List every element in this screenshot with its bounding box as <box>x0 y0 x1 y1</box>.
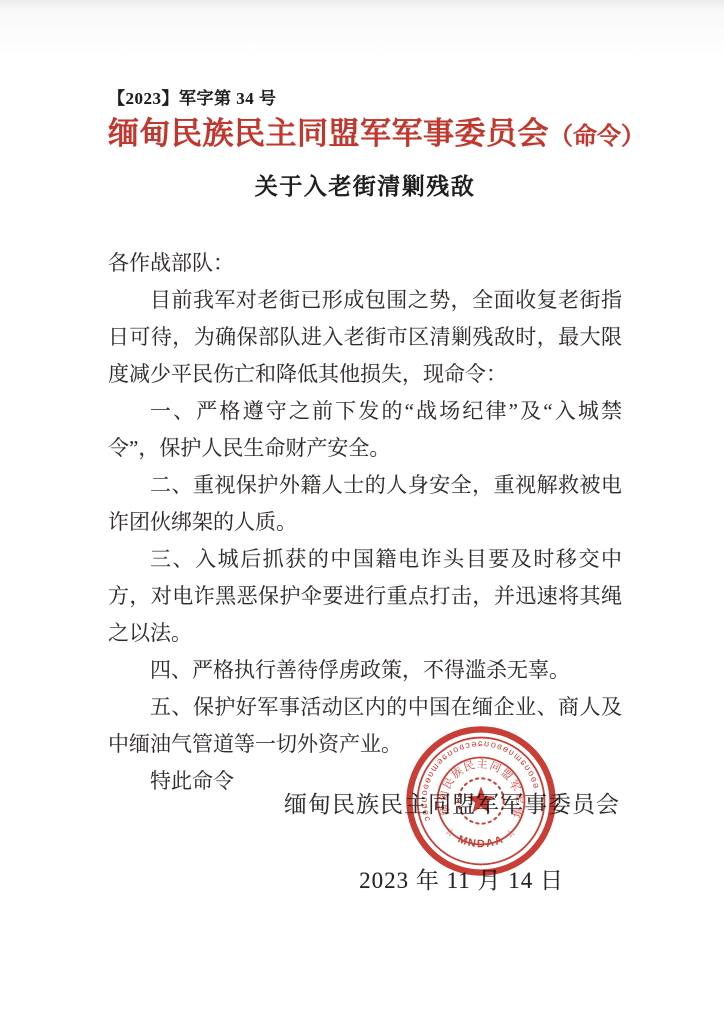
paragraph-intro: 目前我军对老街已形成包围之势，全面收复老街指日可待，为确保部队进入老街市区清剿残… <box>108 282 622 393</box>
document-title-suffix: （命令） <box>549 124 645 150</box>
document-page: 【2023】军字第 34 号 缅甸民族民主同盟军军事委员会（命令） 关于入老街清… <box>0 0 724 1024</box>
document-content: 【2023】军字第 34 号 缅甸民族民主同盟军军事委员会（命令） 关于入老街清… <box>108 84 622 800</box>
seal-mndaa-text: ☆ MNDAA ☆ <box>442 825 520 850</box>
paragraph-order-1: 一、严格遵守之前下发的“战场纪律”及“入城禁令”，保护人民生命财产安全。 <box>108 393 622 467</box>
paragraph-order-4: 四、严格执行善待俘虏政策，不得滥杀无辜。 <box>108 652 622 689</box>
document-title: 缅甸民族民主同盟军军事委员会（命令） <box>108 114 622 160</box>
document-subject: 关于入老街清剿残敌 <box>108 168 622 201</box>
star-icon <box>467 787 495 813</box>
official-seal: ɔəɕʊoɞɵʋɯəɕʊoɞɔəɕʊoɞɵʋɯɕʊoɞə ☆ MNDAA ☆ 缅… <box>404 724 558 878</box>
document-body: 各作战部队： 目前我军对老街已形成包围之势，全面收复老街指日可待，为确保部队进入… <box>108 245 622 800</box>
document-number: 【2023】军字第 34 号 <box>108 84 622 109</box>
paragraph-order-2: 二、重视保护外籍人士的人身安全，重视解救被电诈团伙绑架的人质。 <box>108 467 622 541</box>
salutation: 各作战部队： <box>108 245 622 282</box>
paragraph-order-3: 三、入城后抓获的中国籍电诈头目要及时移交中方，对电诈黑恶保护伞要进行重点打击，并… <box>108 541 622 652</box>
document-title-main: 缅甸民族民主同盟军军事委员会 <box>108 116 549 151</box>
